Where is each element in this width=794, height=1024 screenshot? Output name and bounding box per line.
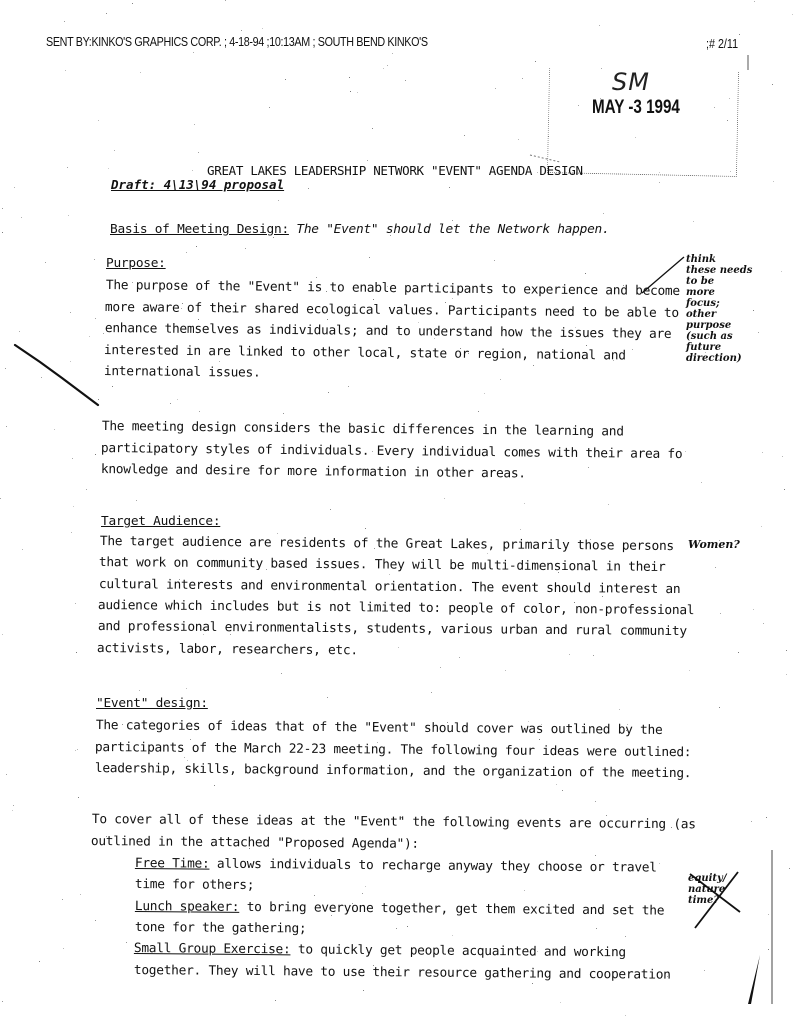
scan-noise xyxy=(63,948,64,949)
scan-noise xyxy=(434,338,435,339)
scan-noise xyxy=(520,529,521,530)
scan-noise xyxy=(606,359,607,360)
scan-noise xyxy=(365,886,366,887)
scan-noise xyxy=(331,915,332,916)
scan-noise xyxy=(21,217,22,218)
scan-noise xyxy=(5,368,6,369)
audience-line: activists, labor, researchers, etc. xyxy=(97,641,358,658)
scan-noise xyxy=(190,739,191,740)
scan-noise xyxy=(524,890,525,891)
scan-noise xyxy=(269,107,270,108)
scan-noise xyxy=(316,277,317,278)
scan-noise xyxy=(273,237,274,238)
scan-noise xyxy=(714,107,715,108)
meeting-design-line: participatory styles of individuals. Eve… xyxy=(101,441,683,462)
scan-noise xyxy=(372,451,373,452)
scan-noise xyxy=(262,28,263,29)
scan-noise xyxy=(701,482,702,483)
scan-noise xyxy=(401,817,402,818)
scan-noise xyxy=(357,449,358,450)
scan-noise xyxy=(754,1,755,2)
scan-noise xyxy=(187,760,188,761)
scan-noise xyxy=(71,532,72,533)
scan-noise xyxy=(108,168,109,169)
scan-noise xyxy=(328,392,329,393)
scan-noise xyxy=(761,526,762,527)
scan-noise xyxy=(106,836,107,837)
scan-noise xyxy=(532,983,533,984)
scan-noise xyxy=(13,805,14,806)
scan-noise xyxy=(377,742,378,743)
event-design-line: leadership, skills, background informati… xyxy=(95,761,691,781)
scan-noise xyxy=(449,187,450,188)
event-design-heading: "Event" design: xyxy=(96,696,208,711)
scan-noise xyxy=(77,749,78,750)
scan-noise xyxy=(285,79,286,80)
scan-noise xyxy=(704,970,705,971)
scan-noise xyxy=(574,602,575,603)
purpose-line: international issues. xyxy=(103,364,260,381)
purpose-line: interested in are linked to other local,… xyxy=(104,343,626,363)
scan-noise xyxy=(560,1002,561,1003)
scan-noise xyxy=(562,790,563,791)
events-intro-line: outlined in the attached "Proposed Agend… xyxy=(91,834,419,852)
audience-line: audience which includes but is not limit… xyxy=(98,598,694,618)
scan-noise xyxy=(390,235,391,236)
scan-noise xyxy=(613,360,614,361)
scan-noise xyxy=(6,426,7,427)
scan-noise xyxy=(2,232,3,233)
handwritten-note-women: Women? xyxy=(688,539,740,550)
scan-noise xyxy=(139,690,140,691)
scan-noise xyxy=(73,506,74,507)
scan-noise xyxy=(719,540,720,541)
scan-noise xyxy=(198,319,199,320)
scan-noise xyxy=(524,503,525,504)
meeting-design-line: The meeting design considers the basic d… xyxy=(102,419,624,439)
scan-noise xyxy=(6,774,7,775)
scan-noise xyxy=(22,549,23,550)
scan-noise xyxy=(193,453,194,454)
scan-noise xyxy=(590,539,591,540)
scan-noise xyxy=(278,200,279,201)
scan-noise xyxy=(122,724,123,725)
scan-noise xyxy=(600,98,601,99)
scan-noise xyxy=(389,574,390,575)
scan-noise xyxy=(70,361,71,362)
scan-noise xyxy=(362,893,363,894)
scan-noise xyxy=(569,654,570,655)
scan-noise xyxy=(452,220,453,221)
event-item-label: Small Group Exercise: xyxy=(134,941,291,957)
scan-noise xyxy=(392,53,393,54)
scan-noise xyxy=(95,454,96,455)
scan-noise xyxy=(95,920,96,921)
scan-noise xyxy=(186,688,187,689)
event-item-line: tone for the gathering; xyxy=(134,920,306,936)
scan-noise xyxy=(758,332,759,333)
scan-noise xyxy=(440,667,441,668)
audience-line: and professional environmentalists, stud… xyxy=(97,619,686,639)
scan-noise xyxy=(230,634,231,635)
scan-noise xyxy=(768,949,769,950)
scan-noise xyxy=(753,609,754,610)
scan-noise xyxy=(196,246,197,247)
scan-noise xyxy=(330,509,331,510)
fax-transmission-header: SENT BY:KINKO'S GRAPHICS CORP. ; 4-18-94… xyxy=(46,35,428,49)
scan-noise xyxy=(350,91,351,92)
event-item-label: Lunch speaker: xyxy=(134,899,239,915)
scan-noise xyxy=(132,3,133,4)
scan-noise xyxy=(625,936,626,937)
scan-noise xyxy=(772,84,773,85)
target-audience-heading: Target Audience: xyxy=(101,514,220,529)
event-item-line: together. They will have to use their re… xyxy=(134,963,671,983)
scan-noise xyxy=(773,181,774,182)
scan-noise xyxy=(452,935,453,936)
scan-noise xyxy=(320,843,321,844)
scan-noise xyxy=(245,630,246,631)
scan-noise xyxy=(67,167,68,168)
scan-noise xyxy=(444,498,445,499)
handwritten-note-events-crossed: equity/naturetime? xyxy=(688,873,727,906)
scan-noise xyxy=(19,331,20,332)
scan-noise xyxy=(588,467,589,468)
scan-noise xyxy=(786,650,787,651)
scan-noise xyxy=(603,213,604,214)
scan-noise xyxy=(578,105,579,106)
scan-noise xyxy=(39,961,40,962)
scan-noise xyxy=(619,709,620,710)
received-date-stamp: MAY -3 1994 xyxy=(592,97,680,119)
scan-noise xyxy=(363,990,364,991)
scan-noise xyxy=(671,827,672,828)
scan-noise xyxy=(266,569,267,570)
audience-line: that work on community based issues. The… xyxy=(99,555,666,575)
scan-noise xyxy=(632,349,633,350)
scan-noise xyxy=(452,298,453,299)
fax-page-number: ;# 2/11 xyxy=(706,37,738,51)
scan-noise xyxy=(181,308,182,309)
stamp-initials: SM xyxy=(612,68,650,96)
scan-noise xyxy=(106,13,107,14)
scan-noise xyxy=(422,540,423,541)
scan-noise xyxy=(111,304,112,305)
scan-noise xyxy=(393,449,394,450)
basis-text: The "Event" should let the Network happe… xyxy=(296,222,609,237)
scan-noise xyxy=(545,609,546,610)
scan-noise xyxy=(484,393,485,394)
scan-noise xyxy=(394,453,395,454)
scan-noise xyxy=(387,286,388,287)
scan-noise xyxy=(398,647,399,648)
scan-noise xyxy=(372,128,373,129)
scan-noise xyxy=(478,411,479,412)
scan-noise xyxy=(308,188,309,189)
scan-noise xyxy=(70,312,71,313)
scan-noise xyxy=(136,500,137,501)
scan-noise xyxy=(326,291,327,292)
scan-noise xyxy=(394,429,395,430)
scan-noise xyxy=(177,399,178,400)
scan-noise xyxy=(214,785,215,786)
scan-noise xyxy=(76,652,77,653)
scan-noise xyxy=(86,489,87,490)
scan-noise xyxy=(132,282,133,283)
scan-noise xyxy=(623,285,624,286)
event-item-line: Small Group Exercise: to quickly get peo… xyxy=(134,941,626,960)
scan-noise xyxy=(327,319,328,320)
scan-noise xyxy=(2,634,3,635)
basis-heading: Basis of Meeting Design: xyxy=(110,222,289,237)
scan-noise xyxy=(184,757,185,758)
scan-noise xyxy=(539,739,540,740)
scan-noise xyxy=(150,429,151,430)
event-item-line: Lunch speaker: to bring everyone togethe… xyxy=(134,899,663,919)
scan-noise xyxy=(64,21,65,22)
scan-noise xyxy=(766,817,767,818)
scan-noise xyxy=(500,379,501,380)
scan-noise xyxy=(135,815,136,816)
scan-noise xyxy=(789,868,790,869)
scan-noise xyxy=(598,946,599,947)
scan-noise xyxy=(314,861,315,862)
scan-noise xyxy=(275,1000,276,1001)
scan-noise xyxy=(518,139,519,140)
scan-noise xyxy=(12,810,13,811)
scan-noise xyxy=(445,302,446,303)
scan-noise xyxy=(593,655,594,656)
scan-noise xyxy=(722,543,723,544)
event-item-label: Free Time: xyxy=(135,856,210,872)
handwritten-note-purpose: thinkthese needsto bemorefocus;otherpurp… xyxy=(686,254,752,364)
scan-noise xyxy=(487,553,488,554)
scan-noise xyxy=(75,603,76,604)
scan-noise xyxy=(387,65,388,66)
event-item-line: time for others; xyxy=(135,877,254,893)
scan-noise xyxy=(98,399,99,400)
scan-noise xyxy=(103,333,104,334)
scan-noise xyxy=(54,429,55,430)
purpose-heading: Purpose: xyxy=(106,256,166,271)
scan-noise xyxy=(635,137,636,138)
draft-label: Draft: 4\13\94 proposal xyxy=(111,177,284,192)
scan-noise xyxy=(396,928,397,929)
scan-noise xyxy=(249,848,250,849)
scan-noise xyxy=(667,976,668,977)
scan-noise xyxy=(535,61,536,62)
scan-noise xyxy=(705,352,706,353)
meeting-design-line: knowledge and desire for more informatio… xyxy=(101,462,526,481)
scan-noise xyxy=(596,928,597,929)
scan-noise xyxy=(72,458,73,459)
scan-noise xyxy=(348,386,349,387)
scan-noise xyxy=(601,68,602,69)
scan-noise xyxy=(537,172,538,173)
scan-noise xyxy=(464,135,465,136)
purpose-line: The purpose of the "Event" is to enable … xyxy=(106,278,680,299)
scan-noise xyxy=(405,80,406,81)
scan-noise xyxy=(94,259,95,260)
scan-noise xyxy=(194,124,195,125)
scan-noise xyxy=(447,722,448,723)
scan-noise xyxy=(245,248,246,249)
scan-noise xyxy=(595,801,596,802)
scan-noise xyxy=(768,914,769,915)
scan-noise xyxy=(198,152,199,153)
scan-noise xyxy=(327,697,328,698)
scan-noise xyxy=(0,498,1,499)
scan-noise xyxy=(575,327,576,328)
scan-noise xyxy=(182,303,183,304)
scan-noise xyxy=(78,797,79,798)
scan-noise xyxy=(763,623,764,624)
scan-noise xyxy=(65,70,66,71)
scan-noise xyxy=(585,273,586,274)
scan-noise xyxy=(782,456,783,457)
scan-noise xyxy=(693,221,694,222)
scan-noise xyxy=(89,336,90,337)
scan-noise xyxy=(314,895,315,896)
scan-noise xyxy=(112,386,113,387)
scan-noise xyxy=(126,942,127,943)
scan-noise xyxy=(720,613,721,614)
purpose-line: more aware of their shared ecological va… xyxy=(105,300,679,321)
scan-noise xyxy=(418,322,419,323)
scan-noise xyxy=(373,299,374,300)
scan-noise xyxy=(2,1001,3,1002)
document-title: GREAT LAKES LEADERSHIP NETWORK "EVENT" A… xyxy=(207,163,583,178)
scan-noise xyxy=(533,365,534,366)
scan-noise xyxy=(219,361,220,362)
scan-noise xyxy=(367,160,368,161)
scan-noise xyxy=(751,821,752,822)
scan-noise xyxy=(225,0,226,1)
scan-noise xyxy=(186,252,187,253)
scan-noise xyxy=(738,652,739,653)
scan-noise xyxy=(383,68,384,69)
scan-noise xyxy=(460,348,461,349)
scan-noise xyxy=(558,572,559,573)
scan-noise xyxy=(14,187,15,188)
scan-noise xyxy=(729,98,730,99)
scan-noise xyxy=(95,318,96,319)
scan-noise xyxy=(533,287,534,288)
scan-noise xyxy=(727,120,728,121)
scan-noise xyxy=(659,182,660,183)
scan-noise xyxy=(404,423,405,424)
scan-noise xyxy=(192,170,193,171)
scan-noise xyxy=(599,25,600,26)
audience-line: The target audience are residents of the… xyxy=(100,534,674,554)
scan-noise xyxy=(118,368,119,369)
scan-noise xyxy=(784,489,785,490)
scan-noise xyxy=(627,724,628,725)
scan-noise xyxy=(781,271,782,272)
scan-noise xyxy=(114,150,115,151)
scan-noise xyxy=(45,262,46,263)
scan-noise xyxy=(349,77,350,78)
scan-noise xyxy=(281,673,282,674)
scan-noise xyxy=(352,903,353,904)
scan-noise xyxy=(373,965,374,966)
scan-noise xyxy=(762,452,763,453)
scan-noise xyxy=(602,596,603,597)
scan-noise xyxy=(101,745,102,746)
scan-noise xyxy=(595,855,596,856)
scan-noise xyxy=(459,657,460,658)
scan-noise xyxy=(98,120,99,121)
scan-noise xyxy=(179,579,180,580)
scan-noise xyxy=(541,724,542,725)
scan-noise xyxy=(608,504,609,505)
scan-noise xyxy=(369,257,370,258)
scan-noise xyxy=(548,136,549,137)
scan-noise xyxy=(719,707,720,708)
scan-noise xyxy=(685,451,686,452)
audience-line: cultural interests and environmental ori… xyxy=(99,577,681,597)
scan-noise xyxy=(357,92,358,93)
scan-noise xyxy=(407,926,408,927)
event-design-line: The categories of ideas that of the "Eve… xyxy=(96,718,663,738)
scan-noise xyxy=(689,670,690,671)
scan-noise xyxy=(586,345,587,346)
scan-noise xyxy=(505,670,506,671)
event-item-line: Free Time: allows individuals to recharg… xyxy=(135,856,657,876)
scan-noise xyxy=(140,72,141,73)
scan-noise xyxy=(739,34,740,35)
scan-noise xyxy=(792,14,793,15)
scan-noise xyxy=(75,750,76,751)
scan-noise xyxy=(170,403,171,404)
scan-noise xyxy=(556,784,557,785)
scan-noise xyxy=(786,674,787,675)
scan-noise xyxy=(753,310,754,311)
scan-noise xyxy=(711,270,712,271)
scan-noise xyxy=(431,692,432,693)
scan-noise xyxy=(522,78,523,79)
scan-noise xyxy=(365,528,366,529)
scan-noise xyxy=(374,548,375,549)
scan-noise xyxy=(606,815,607,816)
basis-section: Basis of Meeting Design: The "Event" sho… xyxy=(110,222,609,237)
scan-noise xyxy=(2,208,3,209)
scan-noise xyxy=(199,411,200,412)
scan-noise xyxy=(537,951,538,952)
scan-noise xyxy=(659,172,660,173)
scan-noise xyxy=(203,634,204,635)
scan-noise xyxy=(80,894,81,895)
scan-noise xyxy=(232,721,233,722)
scan-noise xyxy=(494,260,495,261)
scan-noise xyxy=(68,215,69,216)
scan-noise xyxy=(625,1015,626,1016)
scan-noise xyxy=(277,533,278,534)
scan-noise xyxy=(626,730,627,731)
scan-noise xyxy=(41,377,42,378)
scan-noise xyxy=(202,629,203,630)
scan-noise xyxy=(283,413,284,414)
scan-noise xyxy=(62,899,63,900)
scan-noise xyxy=(193,52,194,53)
scan-noise xyxy=(528,721,529,722)
scan-noise xyxy=(715,567,716,568)
scan-noise xyxy=(468,353,469,354)
scan-noise xyxy=(495,88,496,89)
scan-noise xyxy=(241,30,242,31)
purpose-line: enhance themselves as individuals; and t… xyxy=(105,321,672,342)
scan-noise xyxy=(659,863,660,864)
